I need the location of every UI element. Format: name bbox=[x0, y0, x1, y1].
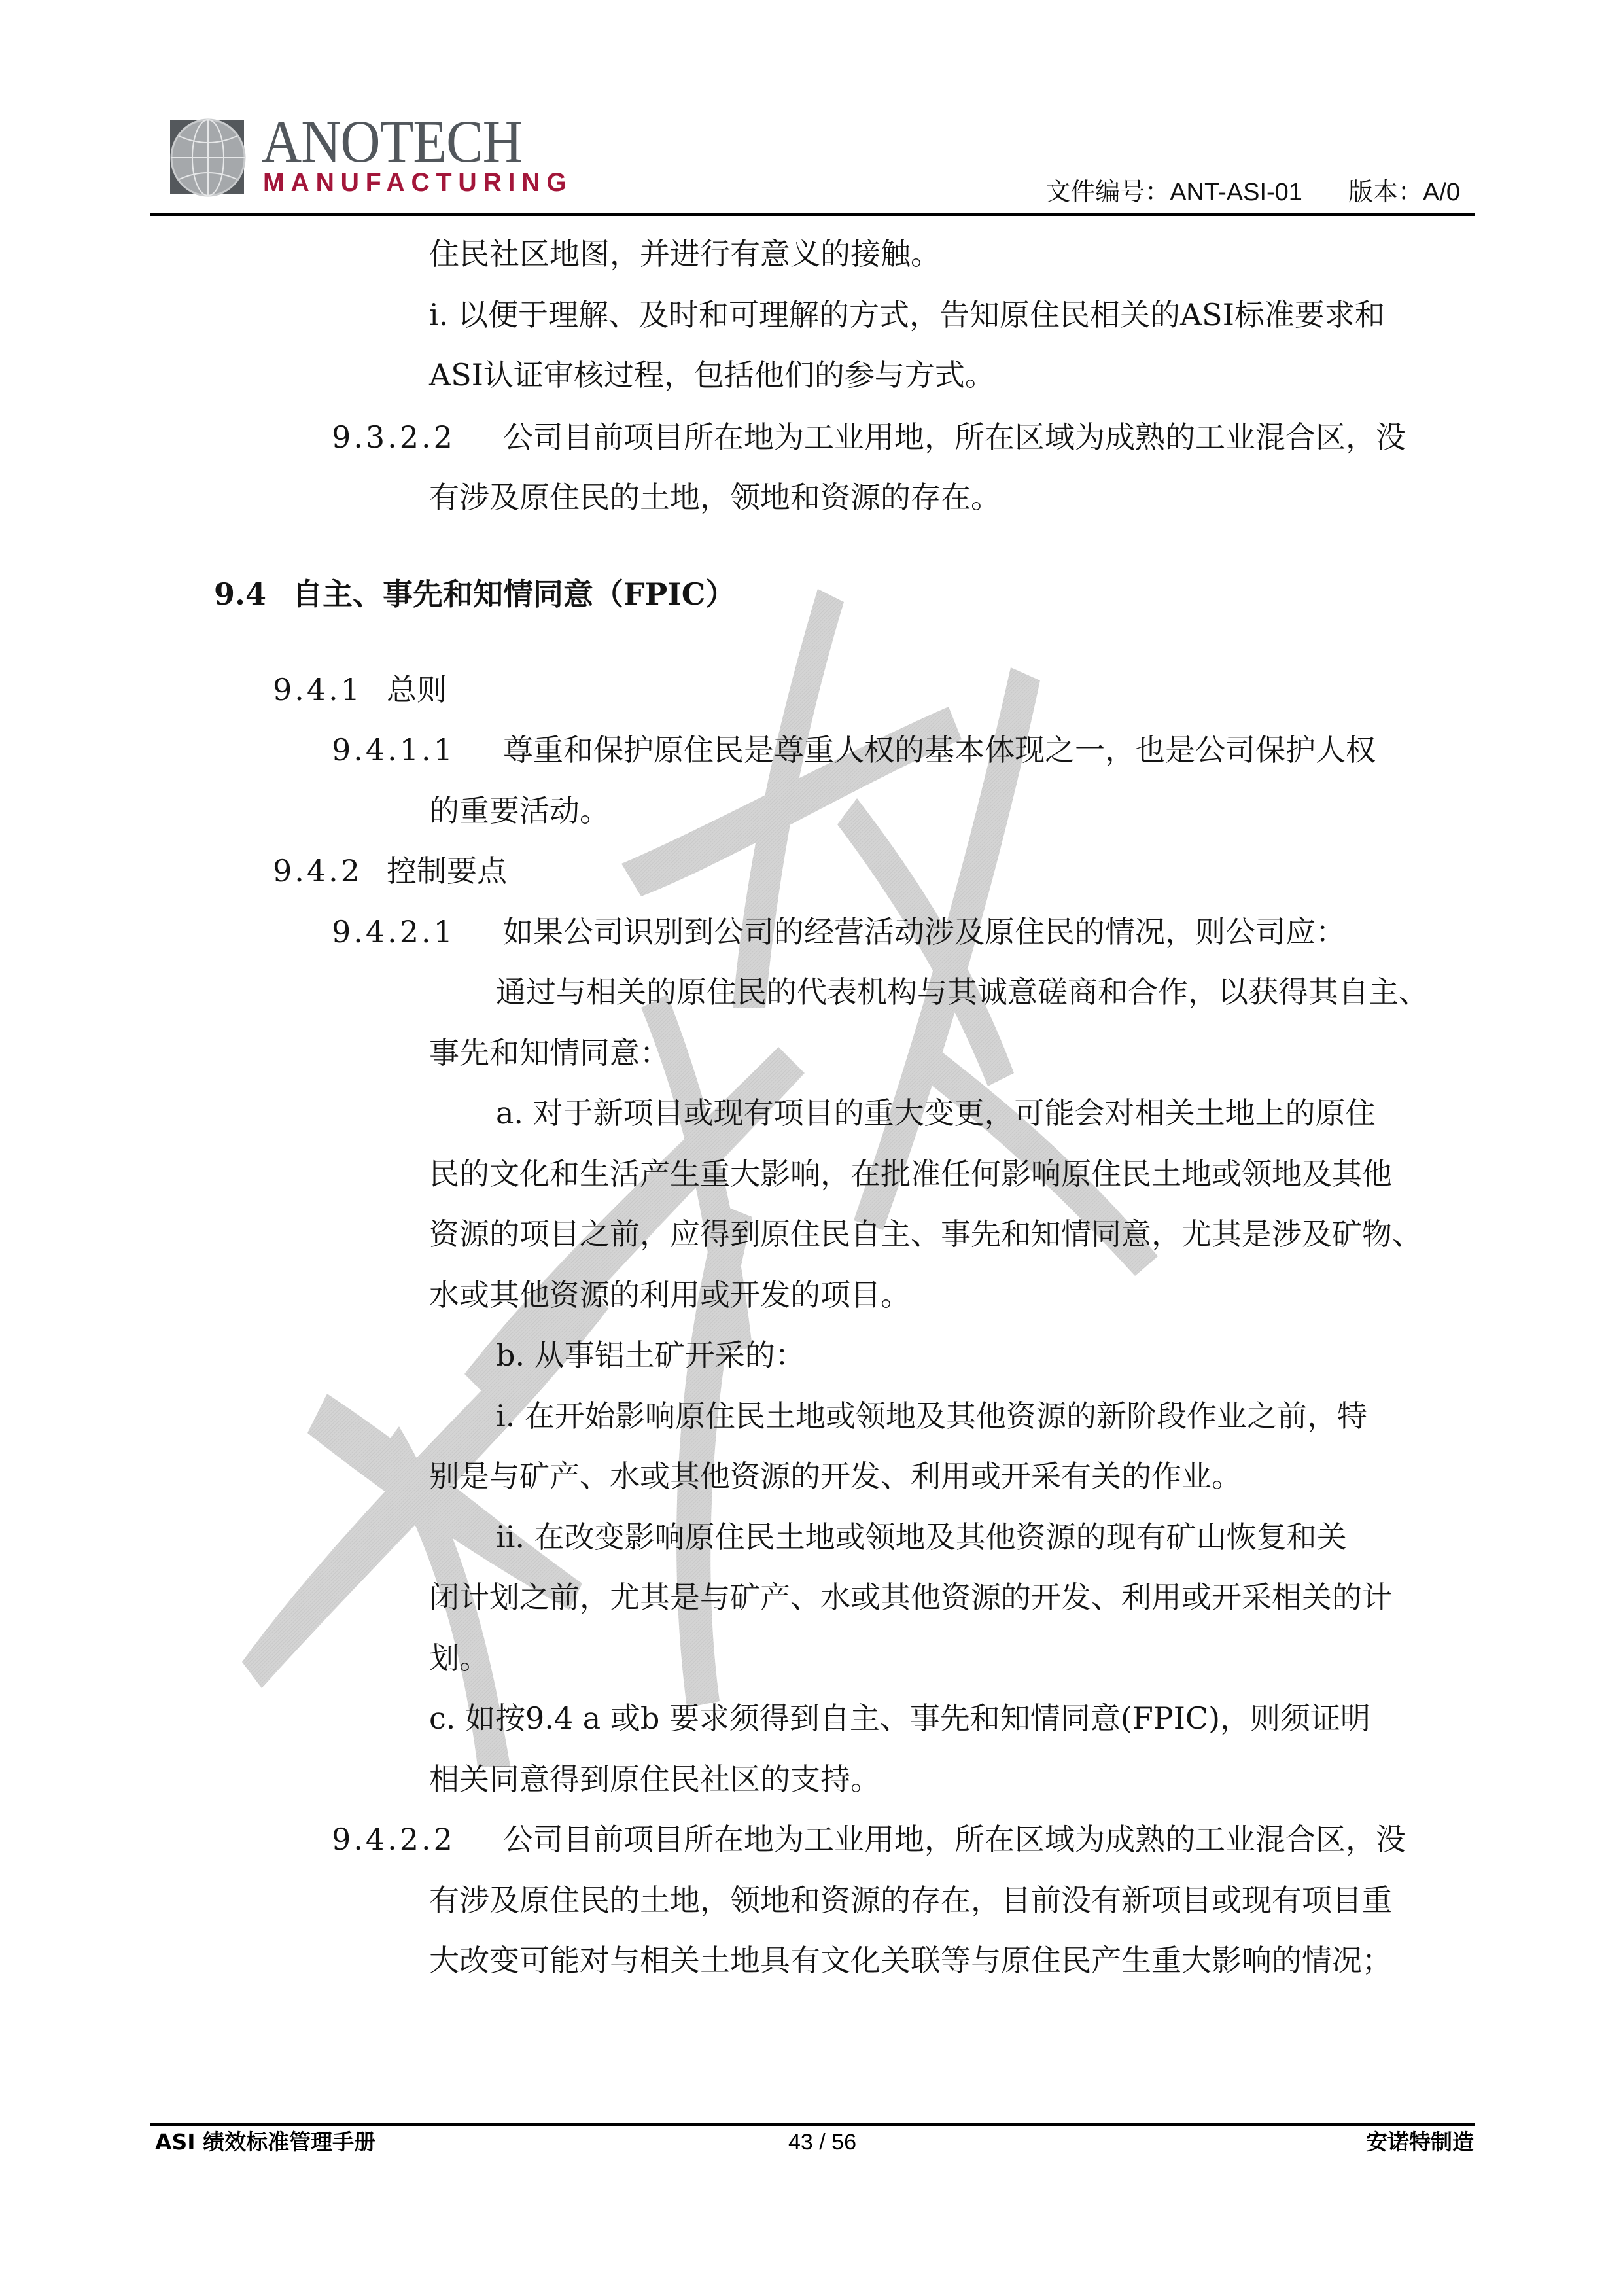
text-line: 尊重和保护原住民是尊重人权的基本体现之一，也是公司保护人权 bbox=[503, 732, 1376, 768]
manual-title: ASI 绩效标准管理手册 bbox=[155, 2130, 375, 2154]
subsection-title: 控制要点 bbox=[387, 853, 507, 889]
text-line: 有涉及原住民的土地，领地和资源的存在。 bbox=[429, 479, 1001, 516]
text-line: 有涉及原住民的土地，领地和资源的存在，目前没有新项目或现有项目重 bbox=[429, 1882, 1392, 1918]
section-heading-9-4: 9.4 bbox=[214, 576, 266, 612]
page: ANOTECH MANUFACTURING 文件编号：ANT-ASI-01版本：… bbox=[0, 0, 1623, 2296]
text-line: 水或其他资源的利用或开发的项目。 bbox=[429, 1277, 911, 1313]
subsection-9-4-1: 9.4.1 bbox=[273, 671, 362, 708]
list-item-b: b. 从事铝土矿开采的： bbox=[496, 1337, 805, 1373]
text-line: 划。 bbox=[429, 1640, 489, 1676]
text-line: 通过与相关的原住民的代表机构与其诚意磋商和合作，以获得其自主、 bbox=[496, 974, 1429, 1010]
header-divider bbox=[150, 213, 1475, 216]
text-line: 相关同意得到原住民社区的支持。 bbox=[429, 1761, 881, 1797]
text-line: 公司目前项目所在地为工业用地，所在区域为成熟的工业混合区，没 bbox=[503, 1821, 1406, 1858]
company-subtitle: MANUFACTURING bbox=[263, 169, 573, 196]
text-line: 事先和知情同意： bbox=[429, 1034, 670, 1071]
clause-number: 9.4.2.2 bbox=[332, 1821, 455, 1858]
text-line: 的重要活动。 bbox=[429, 792, 610, 829]
text-line: 民的文化和生活产生重大影响，在批准任何影响原住民土地或领地及其他 bbox=[429, 1156, 1392, 1192]
text-line: ASI认证审核过程，包括他们的参与方式。 bbox=[429, 357, 995, 393]
document-info: 文件编号：ANT-ASI-01版本：A/0 bbox=[1045, 179, 1460, 205]
text-line: 别是与矿产、水或其他资源的开发、利用或开采有关的作业。 bbox=[429, 1458, 1242, 1494]
doc-number: ANT-ASI-01 bbox=[1170, 179, 1302, 206]
text-line: 资源的项目之前，应得到原住民自主、事先和知情同意，尤其是涉及矿物、 bbox=[429, 1216, 1422, 1252]
subsection-number: 9.4.1 bbox=[273, 671, 362, 708]
clause-9-4-2-2: 9.4.2.2 bbox=[332, 1821, 455, 1858]
company-footer: 安诺特制造 bbox=[1366, 2130, 1474, 2154]
company-name: ANOTECH bbox=[262, 111, 522, 171]
section-number: 9.4 bbox=[214, 576, 266, 612]
clause-number: 9.3.2.2 bbox=[332, 419, 455, 455]
subsection-9-4-2: 9.4.2 bbox=[273, 853, 362, 889]
section-title: 自主、事先和知情同意（FPIC） bbox=[292, 576, 735, 612]
clause-9-3-2-2: 9.3.2.2 bbox=[332, 419, 455, 455]
text-line: 如果公司识别到公司的经营活动涉及原住民的情况，则公司应： bbox=[503, 913, 1346, 950]
version: A/0 bbox=[1423, 179, 1460, 206]
text-line: 大改变可能对与相关土地具有文化关联等与原住民产生重大影响的情况； bbox=[429, 1942, 1392, 1979]
version-label: 版本： bbox=[1348, 179, 1423, 206]
list-item-b-i: i. 在开始影响原住民土地或领地及其他资源的新阶段作业之前，特 bbox=[496, 1398, 1367, 1434]
page-number: 43 / 56 bbox=[788, 2130, 856, 2154]
text-line: i. 以便于理解、及时和可理解的方式，告知原住民相关的ASI标准要求和 bbox=[429, 296, 1385, 333]
clause-9-4-1-1: 9.4.1.1 bbox=[332, 732, 455, 768]
doc-number-label: 文件编号： bbox=[1045, 179, 1170, 206]
clause-number: 9.4.2.1 bbox=[332, 913, 455, 950]
clause-9-4-2-1: 9.4.2.1 bbox=[332, 913, 455, 950]
list-item-b-ii: ii. 在改变影响原住民土地或领地及其他资源的现有矿山恢复和关 bbox=[496, 1519, 1347, 1555]
subsection-title: 总则 bbox=[387, 671, 447, 708]
text-line: 闭计划之前，尤其是与矿产、水或其他资源的开发、利用或开采相关的计 bbox=[429, 1579, 1392, 1616]
text-line: 公司目前项目所在地为工业用地，所在区域为成熟的工业混合区，没 bbox=[503, 419, 1406, 455]
list-item-a: a. 对于新项目或现有项目的重大变更，可能会对相关土地上的原住 bbox=[496, 1095, 1376, 1131]
globe-icon bbox=[167, 118, 249, 200]
clause-number: 9.4.1.1 bbox=[332, 732, 455, 768]
footer-divider bbox=[150, 2123, 1475, 2126]
subsection-number: 9.4.2 bbox=[273, 853, 362, 889]
text-line: 住民社区地图，并进行有意义的接触。 bbox=[429, 236, 941, 272]
list-item-c: c. 如按9.4 a 或b 要求须得到自主、事先和知情同意(FPIC)，则须证明 bbox=[429, 1700, 1370, 1737]
